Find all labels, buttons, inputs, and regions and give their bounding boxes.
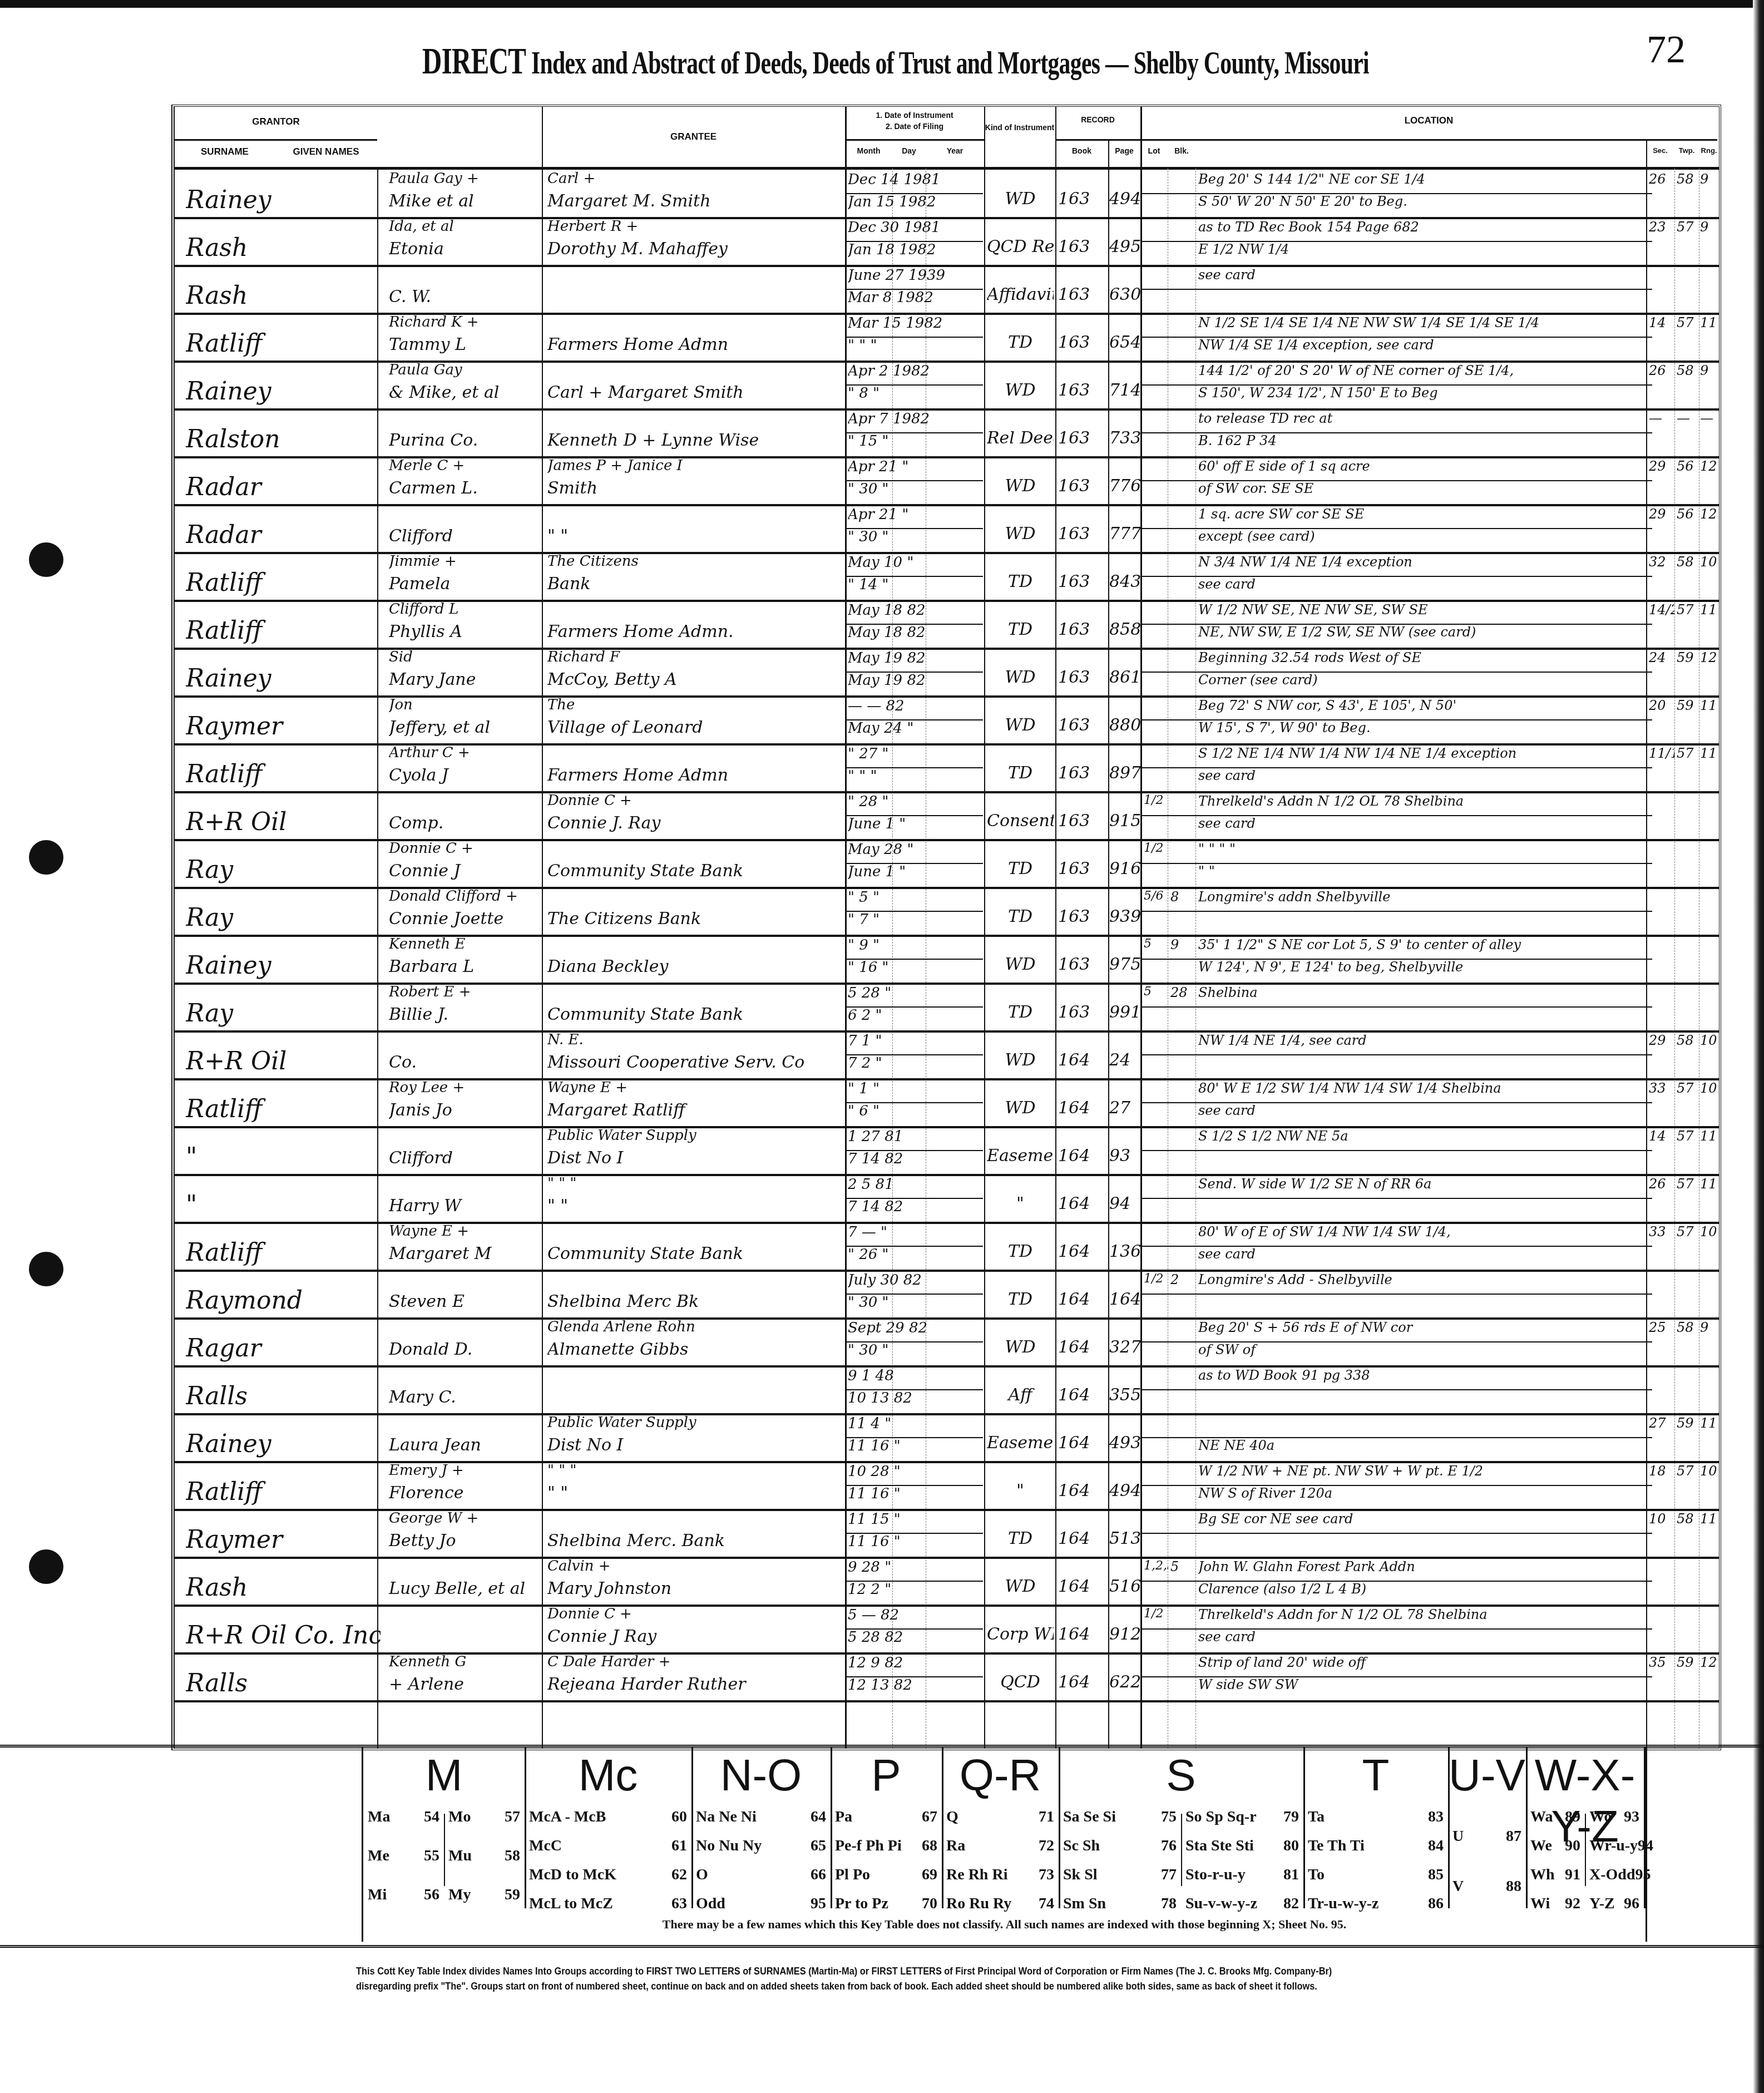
- grantor-surname: Rainey: [186, 951, 381, 980]
- grantee-line2: Bank: [547, 574, 842, 594]
- location-range: 11: [1700, 1128, 1717, 1144]
- key-entry-prefix: Te Th Ti: [1308, 1837, 1365, 1855]
- location-description-line1: Longmire's addn Shelbyville: [1198, 889, 1643, 905]
- date-of-instrument: 1 27 81: [848, 1128, 981, 1145]
- key-entry-sheet: 88: [1506, 1878, 1521, 1895]
- grantor-given-line2: Tammy L: [389, 335, 542, 354]
- key-entry-prefix: Mo: [448, 1808, 471, 1826]
- record-book: 164: [1058, 1481, 1109, 1500]
- record-page: 915: [1109, 811, 1143, 831]
- key-group-letter: M: [363, 1750, 525, 1801]
- record-book: 163: [1058, 428, 1109, 448]
- date-of-filing: 11 16 ": [848, 1485, 981, 1502]
- location-description-line2: see card: [1198, 1629, 1643, 1645]
- grantor-surname: Ratliff: [186, 616, 381, 645]
- kind-of-instrument: Easement: [987, 1146, 1054, 1166]
- location-section: 29: [1649, 1033, 1674, 1048]
- record-page: 355: [1109, 1385, 1143, 1405]
- key-entry: Wh91: [1530, 1866, 1580, 1884]
- record-page: 494: [1109, 189, 1143, 209]
- key-entry: Q71: [946, 1808, 1054, 1826]
- key-entry-prefix: Pa: [835, 1808, 852, 1826]
- key-entry-sheet: 93: [1624, 1808, 1639, 1826]
- location-range: 12: [1700, 458, 1717, 474]
- location-description-line1: to release TD rec at: [1198, 411, 1643, 426]
- location-description-line1: Beg 72' S NW cor, S 43', E 105', N 50': [1198, 698, 1643, 713]
- header-lot: Lot: [1140, 147, 1168, 155]
- grantee-line1: " " ": [547, 1175, 842, 1192]
- key-entry: To85: [1308, 1866, 1444, 1884]
- grantee-line1: Donnie C +: [547, 792, 842, 809]
- grantor-given-line2: Mike et al: [389, 191, 542, 211]
- key-entry: Ma54: [368, 1808, 439, 1826]
- header-record: RECORD: [1055, 116, 1140, 124]
- key-entry-prefix: Wo: [1589, 1808, 1612, 1826]
- key-entry: Mu58: [448, 1847, 520, 1865]
- key-entry-sheet: 56: [424, 1886, 439, 1904]
- location-block: 9: [1170, 937, 1195, 952]
- table-row: Ratliff Roy Lee + Janis Jo Wayne E + Mar…: [175, 1078, 1719, 1128]
- key-group: TTa83Te Th Ti84To85Tr-u-w-y-z86: [1303, 1747, 1450, 1908]
- grantee-line2: Margaret Ratliff: [547, 1100, 842, 1120]
- grantor-given-line2: Billie J.: [389, 1005, 542, 1024]
- table-row: Ratliff Wayne E + Margaret M Community S…: [175, 1222, 1719, 1272]
- location-description-line1: S 1/2 S 1/2 NW NE 5a: [1198, 1128, 1643, 1144]
- key-entry-sheet: 75: [1161, 1808, 1177, 1826]
- header-date-filing: 2. Date of Filing: [845, 122, 984, 131]
- key-entry-prefix: Sta Ste Sti: [1185, 1837, 1254, 1855]
- table-row: Ratliff Richard K + Tammy L Farmers Home…: [175, 313, 1719, 363]
- grantee-line2: Dist No I: [547, 1435, 842, 1455]
- grantor-given-line2: Lucy Belle, et al: [389, 1579, 542, 1598]
- location-description-line1: Bg SE cor NE see card: [1198, 1511, 1643, 1527]
- location-divider: [1142, 1198, 1652, 1199]
- header-blk: Blk.: [1168, 147, 1195, 155]
- key-entry: Wi92: [1530, 1895, 1580, 1913]
- key-entry-prefix: O: [696, 1866, 708, 1884]
- record-page: 861: [1109, 668, 1143, 687]
- table-row: R+R Oil Co. Inc Donnie C + Connie J Ray …: [175, 1605, 1719, 1655]
- key-subdivider: [1585, 1814, 1586, 1886]
- grantor-given-line2: C. W.: [389, 287, 542, 307]
- date-of-instrument: 9 28 ": [848, 1559, 981, 1576]
- kind-of-instrument: WD: [987, 1577, 1054, 1596]
- record-page: 630: [1109, 285, 1143, 304]
- date-of-filing: June 1 ": [848, 816, 981, 832]
- date-of-instrument: Apr 21 ": [848, 458, 981, 475]
- grantee-line2: The Citizens Bank: [547, 909, 842, 929]
- record-book: 164: [1058, 1529, 1109, 1548]
- date-of-filing: " 7 ": [848, 911, 981, 928]
- grantor-subrule: [175, 139, 377, 141]
- key-entry-sheet: 80: [1283, 1837, 1299, 1855]
- grantee-line2: Shelbina Merc. Bank: [547, 1531, 842, 1551]
- grantor-surname: ": [186, 1143, 381, 1171]
- date-of-instrument: 7 — ": [848, 1224, 981, 1241]
- key-entry-sheet: 59: [505, 1886, 520, 1904]
- key-entry: Me55: [368, 1847, 439, 1865]
- header-twp: Twp.: [1674, 147, 1699, 155]
- location-section: 14: [1649, 315, 1674, 330]
- key-entry: Wa89: [1530, 1808, 1580, 1826]
- grantor-given-line1: Sid: [389, 649, 542, 665]
- binder-hole: [29, 840, 63, 875]
- key-entry-prefix: So Sp Sq-r: [1185, 1808, 1257, 1826]
- grantee-line2: Farmers Home Admn: [547, 335, 842, 354]
- table-row: Rash Lucy Belle, et al Calvin + Mary Joh…: [175, 1557, 1719, 1607]
- date-of-instrument: Sept 29 82: [848, 1320, 981, 1336]
- table-row: Ralls Mary C. 9 1 48 10 13 82 Aff 164 35…: [175, 1365, 1719, 1415]
- key-entry: Su-v-w-y-z82: [1185, 1895, 1299, 1913]
- key-entry-sheet: 65: [811, 1837, 826, 1855]
- location-section: 35: [1649, 1655, 1674, 1670]
- record-page: 733: [1109, 428, 1143, 448]
- location-section: 26: [1649, 363, 1674, 378]
- key-entry-prefix: To: [1308, 1866, 1325, 1884]
- key-group-letter: Mc: [525, 1750, 691, 1801]
- location-divider: [1142, 1389, 1652, 1390]
- kind-of-instrument: WD: [987, 524, 1054, 544]
- location-township: 58: [1677, 363, 1701, 378]
- key-entry: My59: [448, 1886, 520, 1904]
- location-description-line2: see card: [1198, 1246, 1643, 1262]
- key-entry: Sm Sn78: [1063, 1895, 1177, 1913]
- location-divider: [1142, 1054, 1652, 1055]
- date-of-instrument: — — 82: [848, 698, 981, 714]
- location-section: 18: [1649, 1463, 1674, 1479]
- grantor-surname: Ragar: [186, 1334, 381, 1363]
- key-entry-sheet: 92: [1565, 1895, 1580, 1913]
- grantee-line2: Mary Johnston: [547, 1579, 842, 1598]
- date-of-filing: Jan 18 1982: [848, 241, 981, 258]
- key-entry-prefix: Wi: [1530, 1895, 1550, 1913]
- location-description-line2: E 1/2 NW 1/4: [1198, 241, 1643, 257]
- date-of-filing: " 6 ": [848, 1103, 981, 1119]
- location-range: 12: [1700, 506, 1717, 522]
- grantee-line1: Calvin +: [547, 1558, 842, 1574]
- location-section: 24: [1649, 650, 1674, 665]
- key-entry-prefix: Y-Z: [1589, 1895, 1615, 1913]
- grantor-given-line1: Donnie C +: [389, 840, 542, 857]
- grantor-surname: Ratliff: [186, 1095, 381, 1123]
- key-group-letter: T: [1303, 1750, 1448, 1801]
- key-entry-prefix: Ro Ru Ry: [946, 1895, 1011, 1913]
- key-entry-sheet: 85: [1428, 1866, 1444, 1884]
- key-entry-prefix: Sto-r-u-y: [1185, 1866, 1246, 1884]
- record-page: 776: [1109, 476, 1143, 496]
- key-entry: Sk Sl77: [1063, 1866, 1177, 1884]
- key-entry-sheet: 60: [671, 1808, 687, 1826]
- date-of-instrument: Apr 7 1982: [848, 411, 981, 427]
- table-row: Ratliff Clifford L Phyllis A Farmers Hom…: [175, 600, 1719, 650]
- grantee-line2: Rejeana Harder Ruther: [547, 1675, 842, 1694]
- record-book: 164: [1058, 1625, 1109, 1644]
- table-row: Raymer George W + Betty Jo Shelbina Merc…: [175, 1509, 1719, 1559]
- grantee-line2: Smith: [547, 478, 842, 498]
- table-row: Raymond Steven E Shelbina Merc Bk July 3…: [175, 1270, 1719, 1320]
- location-section: —: [1649, 411, 1674, 426]
- location-description-line1: 80' W E 1/2 SW 1/4 NW 1/4 SW 1/4 Shelbin…: [1198, 1080, 1643, 1096]
- date-of-instrument: " 28 ": [848, 793, 981, 810]
- record-page: 136: [1109, 1242, 1143, 1261]
- record-page: 495: [1109, 237, 1143, 256]
- date-of-filing: 5 28 82: [848, 1629, 981, 1646]
- header-surname: SURNAME: [175, 147, 275, 157]
- location-description-line1: Shelbina: [1198, 985, 1643, 1000]
- binder-hole: [29, 542, 63, 577]
- key-entry-sheet: 81: [1283, 1866, 1299, 1884]
- table-row: Ray Donald Clifford + Connie Joette The …: [175, 887, 1719, 937]
- grantee-line1: Wayne E +: [547, 1079, 842, 1096]
- record-page: 939: [1109, 907, 1143, 926]
- grantor-surname: Rainey: [186, 377, 381, 406]
- grantor-given-line2: Clifford: [389, 526, 542, 546]
- date-of-filing: 11 16 ": [848, 1438, 981, 1454]
- date-of-filing: May 24 ": [848, 720, 981, 737]
- key-group-letter: Q-R: [942, 1750, 1059, 1801]
- location-description-line2: of SW cor. SE SE: [1198, 481, 1643, 496]
- location-range: 9: [1700, 363, 1717, 378]
- date-of-instrument: 11 4 ": [848, 1415, 981, 1432]
- record-book: 163: [1058, 859, 1109, 878]
- location-lot: 1/2: [1144, 1272, 1168, 1286]
- key-entry: O66: [696, 1866, 826, 1884]
- date-of-instrument: 7 1 ": [848, 1033, 981, 1049]
- kind-of-instrument: TD: [987, 859, 1054, 878]
- grantor-given-line2: Connie J: [389, 861, 542, 881]
- grantee-line1: Public Water Supply: [547, 1414, 842, 1431]
- grantee-line2: Missouri Cooperative Serv. Co: [547, 1053, 842, 1072]
- kind-of-instrument: WD: [987, 715, 1054, 735]
- key-entry-sheet: 79: [1283, 1808, 1299, 1826]
- grantor-given-line2: Jeffery, et al: [389, 718, 542, 737]
- grantor-surname: Ralston: [186, 425, 381, 453]
- location-township: 57: [1677, 1176, 1701, 1192]
- key-entry: Pa67: [835, 1808, 937, 1826]
- date-of-filing: " 16 ": [848, 959, 981, 976]
- key-entry-prefix: U: [1452, 1828, 1464, 1845]
- location-lot: 1/2: [1144, 1607, 1168, 1621]
- record-book: 164: [1058, 1385, 1109, 1405]
- grantor-given-line1: Wayne E +: [389, 1223, 542, 1240]
- grantee-line1: C Dale Harder +: [547, 1653, 842, 1670]
- grantor-given-line1: Richard K +: [389, 314, 542, 330]
- key-entry-sheet: 63: [671, 1895, 687, 1913]
- key-entry-sheet: 76: [1161, 1837, 1177, 1855]
- location-section: 11/14: [1649, 746, 1674, 761]
- location-section: 26: [1649, 171, 1674, 187]
- location-description-line2: S 150', W 234 1/2', N 150' E to Beg: [1198, 385, 1643, 401]
- kind-of-instrument: TD: [987, 572, 1054, 591]
- location-description-line1: John W. Glahn Forest Park Addn: [1198, 1559, 1643, 1574]
- record-page: 513: [1109, 1529, 1143, 1548]
- key-entry: So Sp Sq-r79: [1185, 1808, 1299, 1826]
- key-entry: Wr-u-y94: [1589, 1837, 1639, 1855]
- location-divider: [1142, 289, 1652, 290]
- location-section: 20: [1649, 698, 1674, 713]
- key-subdivider: [444, 1814, 445, 1886]
- location-range: 9: [1700, 219, 1717, 235]
- grantee-line1: The Citizens: [547, 553, 842, 570]
- location-section: 33: [1649, 1080, 1674, 1096]
- key-entry-prefix: Q: [946, 1808, 958, 1826]
- grantor-given-line2: Barbara L: [389, 957, 542, 976]
- location-township: 58: [1677, 1320, 1701, 1335]
- key-entry-sheet: 82: [1283, 1895, 1299, 1913]
- title-prefix: DIRECT: [422, 40, 526, 82]
- location-description-line1: 35' 1 1/2" S NE cor Lot 5, S 9' to cente…: [1198, 937, 1643, 952]
- kind-of-instrument: TD: [987, 1529, 1054, 1548]
- grantee-line1: N. E.: [547, 1031, 842, 1048]
- key-entry-sheet: 64: [811, 1808, 826, 1826]
- record-book: 164: [1058, 1337, 1109, 1357]
- location-divider: [1142, 1150, 1652, 1151]
- key-entry-prefix: Ta: [1308, 1808, 1325, 1826]
- key-entry-prefix: Sm Sn: [1063, 1895, 1106, 1913]
- key-entry-sheet: 66: [811, 1866, 826, 1884]
- grantor-given-line2: Cyola J: [389, 766, 542, 785]
- key-entry-sheet: 86: [1428, 1895, 1444, 1913]
- grantor-surname: ": [186, 1191, 381, 1219]
- kind-of-instrument: WD: [987, 1337, 1054, 1357]
- grantor-surname: R+R Oil: [186, 1047, 381, 1075]
- location-section: 29: [1649, 506, 1674, 522]
- location-section: 32: [1649, 554, 1674, 570]
- record-book: 164: [1058, 1290, 1109, 1309]
- location-section: 10: [1649, 1511, 1674, 1527]
- date-of-instrument: Apr 2 1982: [848, 363, 981, 379]
- location-description-line2: except (see card): [1198, 529, 1643, 544]
- grantor-surname: Ratliff: [186, 760, 381, 788]
- key-entry-sheet: 72: [1039, 1837, 1054, 1855]
- key-entry-sheet: 74: [1039, 1895, 1054, 1913]
- grantee-line2: Dist No I: [547, 1148, 842, 1168]
- kind-of-instrument: TD: [987, 620, 1054, 639]
- grantor-given-line2: Etonia: [389, 239, 542, 259]
- location-description-line1: W 1/2 NW + NE pt. NW SW + W pt. E 1/2: [1198, 1463, 1643, 1479]
- date-of-filing: " 8 ": [848, 385, 981, 402]
- table-row: Ray Donnie C + Connie J Community State …: [175, 839, 1719, 889]
- location-township: 56: [1677, 458, 1701, 474]
- key-group: MMa54Me55Mi56Mo57Mu58My59: [363, 1747, 526, 1908]
- grantor-given-line1: Jon: [389, 697, 542, 713]
- grantor-given-line1: Kenneth G: [389, 1653, 542, 1670]
- location-range: —: [1700, 411, 1717, 426]
- grantor-given-line1: Donald Clifford +: [389, 888, 542, 905]
- record-page: 654: [1109, 333, 1143, 352]
- key-entry: Pr to Pz70: [835, 1895, 937, 1913]
- kind-of-instrument: QCD Release: [987, 237, 1054, 256]
- key-entry-prefix: Na Ne Ni: [696, 1808, 757, 1826]
- record-page: 493: [1109, 1433, 1143, 1453]
- location-township: 58: [1677, 554, 1701, 570]
- date-of-instrument: May 19 82: [848, 650, 981, 667]
- grantor-surname: Rainey: [186, 186, 381, 214]
- kind-of-instrument: WD: [987, 189, 1054, 209]
- location-description-line1: Longmire's Add - Shelbyville: [1198, 1272, 1643, 1287]
- record-page: 27: [1109, 1098, 1143, 1118]
- kind-of-instrument: WD: [987, 1050, 1054, 1070]
- record-book: 163: [1058, 907, 1109, 926]
- grantee-line2: Margaret M. Smith: [547, 191, 842, 211]
- grantee-line1: Public Water Supply: [547, 1127, 842, 1144]
- grantor-given-line1: Clifford L: [389, 601, 542, 618]
- location-range: 12: [1700, 650, 1717, 665]
- table-row: Rainey Kenneth E Barbara L Diana Beckley…: [175, 935, 1719, 985]
- header-location: LOCATION: [1140, 116, 1717, 126]
- table-row: Ralls Kenneth G + Arlene C Dale Harder +…: [175, 1652, 1719, 1702]
- grantee-line1: Richard F: [547, 649, 842, 665]
- grantor-given-line2: Clifford: [389, 1148, 542, 1168]
- record-book: 164: [1058, 1433, 1109, 1453]
- key-entry-sheet: 55: [424, 1847, 439, 1865]
- table-row: Ratliff Emery J + Florence " " " " " 10 …: [175, 1461, 1719, 1511]
- grantee-line2: McCoy, Betty A: [547, 670, 842, 689]
- table-row: Rainey Laura Jean Public Water Supply Di…: [175, 1413, 1719, 1463]
- date-of-filing: " 26 ": [848, 1246, 981, 1263]
- grantor-given-line2: Purina Co.: [389, 431, 542, 450]
- grantee-line2: Carl + Margaret Smith: [547, 383, 842, 402]
- grantee-line2: " ": [547, 1483, 842, 1503]
- table-row: R+R Oil Co. N. E. Missouri Cooperative S…: [175, 1030, 1719, 1080]
- location-description-line2: see card: [1198, 1103, 1643, 1118]
- key-group: W-X-Y-ZWa89We90Wh91Wi92Wo93Wr-u-y94X-Odd…: [1526, 1747, 1646, 1908]
- record-page: 843: [1109, 572, 1143, 591]
- key-entry: Sta Ste Sti80: [1185, 1837, 1299, 1855]
- title-text: Index and Abstract of Deeds, Deeds of Tr…: [531, 45, 1369, 81]
- key-entry-sheet: 89: [1565, 1808, 1580, 1826]
- key-entry-sheet: 96: [1624, 1895, 1639, 1913]
- kind-of-instrument: Easement: [987, 1433, 1054, 1453]
- key-entry: Sto-r-u-y81: [1185, 1866, 1299, 1884]
- grantee-line1: Carl +: [547, 170, 842, 187]
- grantee-line2: Shelbina Merc Bk: [547, 1292, 842, 1311]
- grantor-given-line1: Kenneth E: [389, 936, 542, 952]
- key-entry: Sa Se Si75: [1063, 1808, 1177, 1826]
- kind-of-instrument: ": [987, 1481, 1054, 1500]
- key-entry-prefix: Pe-f Ph Pi: [835, 1837, 902, 1855]
- grantee-line1: Donnie C +: [547, 1606, 842, 1622]
- key-entry: Na Ne Ni64: [696, 1808, 826, 1826]
- record-page: 916: [1109, 859, 1143, 878]
- location-description-line2: W 124', N 9', E 124' to beg, Shelbyville: [1198, 959, 1643, 975]
- kind-of-instrument: TD: [987, 1003, 1054, 1022]
- date-of-instrument: May 28 ": [848, 841, 981, 858]
- location-block: 28: [1170, 985, 1195, 1000]
- grantor-given-line1: Paula Gay: [389, 362, 542, 378]
- key-entry-prefix: Wa: [1530, 1808, 1553, 1826]
- date-of-instrument: 9 1 48: [848, 1368, 981, 1384]
- location-divider: [1142, 1294, 1652, 1295]
- header-kind: Kind of Instrument: [984, 124, 1055, 132]
- header-sec: Sec.: [1646, 147, 1674, 155]
- location-lot: 1/2: [1144, 793, 1168, 807]
- record-book: 164: [1058, 1242, 1109, 1261]
- grantor-given-line2: & Mike, et al: [389, 383, 542, 402]
- key-entry-prefix: Ra: [946, 1837, 965, 1855]
- key-entry-prefix: V: [1452, 1878, 1464, 1895]
- record-page: 991: [1109, 1003, 1143, 1022]
- key-table: There may be a few names which this Key …: [362, 1747, 1647, 1942]
- date-of-instrument: July 30 82: [848, 1272, 981, 1289]
- key-entry-prefix: Sa Se Si: [1063, 1808, 1116, 1826]
- date-of-instrument: " 5 ": [848, 889, 981, 906]
- key-entry-prefix: McC: [529, 1837, 562, 1855]
- kind-of-instrument: Aff: [987, 1385, 1054, 1405]
- location-township: 59: [1677, 650, 1701, 665]
- key-entry-sheet: 71: [1039, 1808, 1054, 1826]
- key-group: SSa Se Si75Sc Sh76Sk Sl77Sm Sn78So Sp Sq…: [1059, 1747, 1305, 1908]
